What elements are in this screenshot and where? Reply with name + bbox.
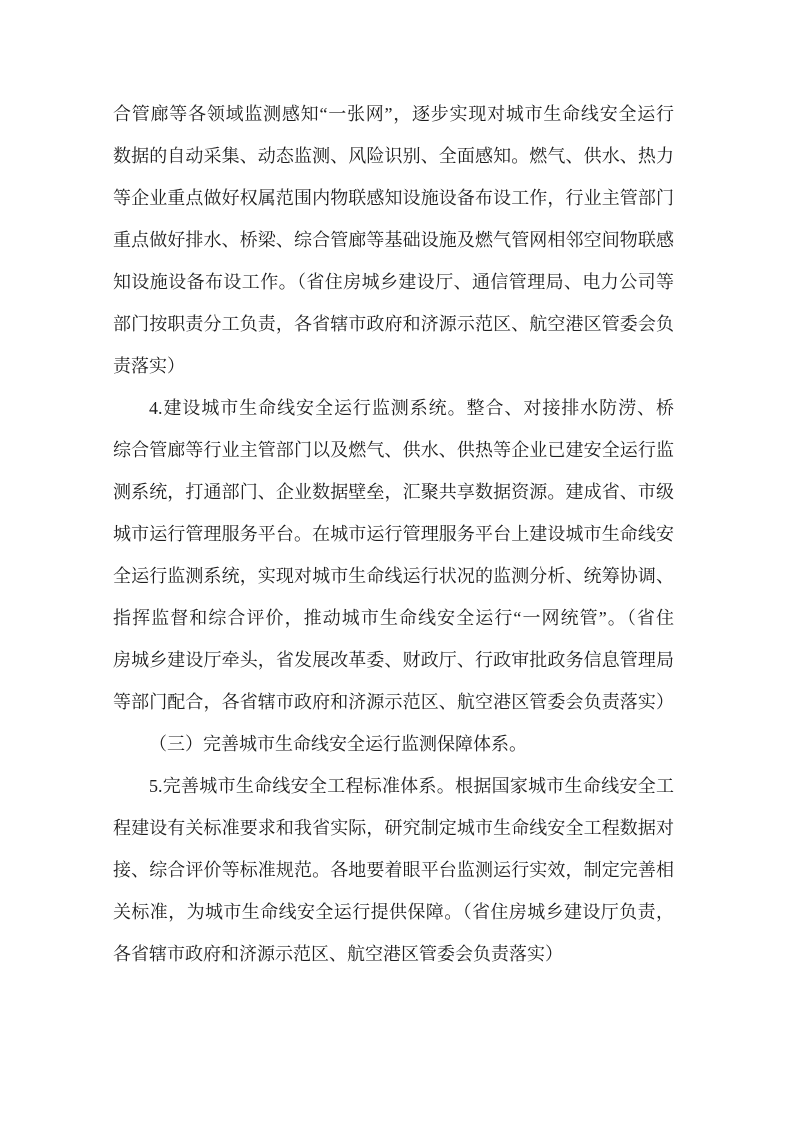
- text-line: 重点做好排水、桥梁、综合管廊等基础设施及燃气管网相邻空间物联感: [113, 219, 674, 261]
- text-line: 测系统，打通部门、企业数据壁垒，汇聚共享数据资源。建成省、市级: [113, 471, 674, 513]
- text-line: 接、综合评价等标准规范。各地要着眼平台监测运行实效，制定完善相: [113, 849, 674, 891]
- paragraph-body-continuation: 合管廊等各领域监测感知“一张网”，逐步实现对城市生命线安全运行数据的自动采集、动…: [113, 93, 674, 387]
- text-line: 合管廊等各领域监测感知“一张网”，逐步实现对城市生命线安全运行: [113, 93, 674, 135]
- text-line: 部门按职责分工负责，各省辖市政府和济源示范区、航空港区管委会负: [113, 303, 674, 345]
- paragraph-numbered-item-5: 5.完善城市生命线安全工程标准体系。根据国家城市生命线安全工程建设有关标准要求和…: [113, 765, 674, 975]
- text-line: 全运行监测系统，实现对城市生命线运行状况的监测分析、统筹协调、: [113, 555, 674, 597]
- text-line: 综合管廊等行业主管部门以及燃气、供水、供热等企业已建安全运行监: [113, 429, 674, 471]
- text-line: 等部门配合，各省辖市政府和济源示范区、航空港区管委会负责落实）: [113, 681, 674, 723]
- text-line: 责落实）: [113, 345, 674, 387]
- document-page: 合管廊等各领域监测感知“一张网”，逐步实现对城市生命线安全运行数据的自动采集、动…: [0, 0, 793, 1122]
- text-line: 数据的自动采集、动态监测、风险识别、全面感知。燃气、供水、热力: [113, 135, 674, 177]
- document-body: 合管廊等各领域监测感知“一张网”，逐步实现对城市生命线安全运行数据的自动采集、动…: [113, 93, 674, 975]
- text-line: 知设施设备布设工作。（省住房城乡建设厅、通信管理局、电力公司等: [113, 261, 674, 303]
- text-line: 关标准，为城市生命线安全运行提供保障。（省住房城乡建设厅负责，: [113, 891, 674, 933]
- text-line: 程建设有关标准要求和我省实际，研究制定城市生命线安全工程数据对: [113, 807, 674, 849]
- text-line: 城市运行管理服务平台。在城市运行管理服务平台上建设城市生命线安: [113, 513, 674, 555]
- paragraph-numbered-item-4: 4.建设城市生命线安全运行监测系统。整合、对接排水防涝、桥梁、综合管廊等行业主管…: [113, 387, 674, 723]
- text-line: 5.完善城市生命线安全工程标准体系。根据国家城市生命线安全工: [113, 765, 674, 807]
- text-line: 各省辖市政府和济源示范区、航空港区管委会负责落实）: [113, 933, 674, 975]
- text-line: （三）完善城市生命线安全运行监测保障体系。: [113, 723, 674, 765]
- text-line: 等企业重点做好权属范围内物联感知设施设备布设工作，行业主管部门: [113, 177, 674, 219]
- text-line: 房城乡建设厅牵头，省发展改革委、财政厅、行政审批政务信息管理局: [113, 639, 674, 681]
- text-line: 4.建设城市生命线安全运行监测系统。整合、对接排水防涝、桥梁、: [113, 387, 674, 429]
- paragraph-section-heading-3: （三）完善城市生命线安全运行监测保障体系。: [113, 723, 674, 765]
- text-line: 指挥监督和综合评价，推动城市生命线安全运行“一网统管”。（省住: [113, 597, 674, 639]
